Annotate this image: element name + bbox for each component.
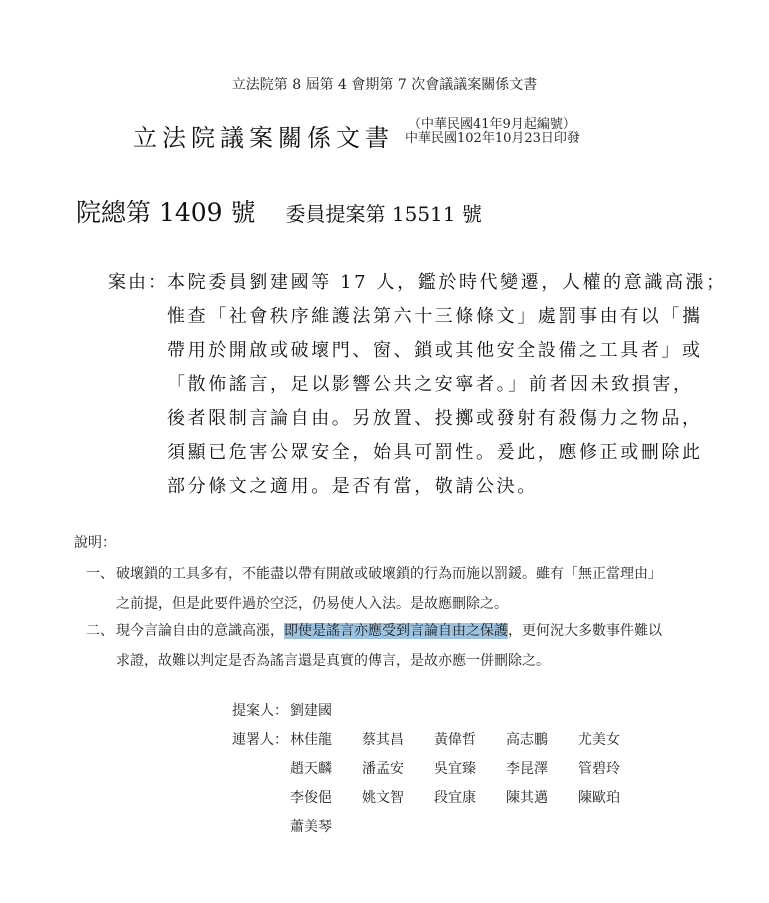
numbering-note: （中華民國41年9月起編號） [405,118,580,132]
document-numbers: 院總第 1409 號委員提案第 15511 號 [76,193,482,229]
item-marker: 二、 [86,616,116,646]
proposer-label: 提案人： [232,697,290,726]
general-number: 院總第 1409 號 [76,198,256,227]
cosigner-name: 高志鵬 [506,726,578,755]
proposer-name: 劉建國 [290,697,362,726]
explanation-item-2: 二、現今言論自由的意識高漲，即使是謠言亦應受到言論自由之保護，更何況大多數事件難… [86,616,662,676]
cosigner-name: 林佳龍 [290,726,362,755]
reason-line: 須顯已危害公眾安全，始具可罰性。爰此，應修正或刪除此 [167,436,727,470]
cosigner-name: 潘孟安 [362,755,434,784]
item-text: 破壞鎖的工具多有，不能盡以帶有開啟或破壞鎖的行為而施以罰鍰。雖有「無正當理由」 [116,566,662,582]
session-line: 立法院第 8 屆第 4 會期第 7 次會議議案關係文書 [0,74,769,94]
reason-line: 本院委員劉建國等 17 人，鑑於時代變遷，人權的意識高漲； [167,266,727,300]
reason-line: 帶用於開啟或破壞門、窗、鎖或其他安全設備之工具者」或 [167,334,727,368]
cosigner-name: 尤美女 [578,726,650,755]
reason-line: 後者限制言論自由。另放置、投擲或發射有殺傷力之物品， [167,402,727,436]
cosigner-row: 蕭美琴 [232,813,650,842]
item-text-continued: 之前提，但是此要件過於空泛，仍易使人入法。是故應刪除之。 [86,589,662,619]
proposer-row: 提案人： 劉建國 [232,697,650,726]
reason-line: 惟查「社會秩序維護法第六十三條條文」處罰事由有以「攜 [167,300,727,334]
title-note: （中華民國41年9月起編號） 中華民國102年10月23日印發 [405,118,580,146]
cosigner-name: 蕭美琴 [290,813,362,842]
cosigner-name: 李俊俋 [290,784,362,813]
item-text: ，更何況大多數事件難以 [508,623,662,639]
cosigner-row: 趙天麟 潘孟安 吳宜臻 李昆澤 管碧玲 [232,755,650,784]
print-date: 中華民國102年10月23日印發 [405,132,580,146]
cosigner-row: 連署人： 林佳龍 蔡其昌 黃偉哲 高志鵬 尤美女 [232,726,650,755]
cosigner-name: 管碧玲 [578,755,650,784]
document-title: 立法院議案關係文書 [133,118,394,153]
item-text-continued: 求證，故難以判定是否為謠言還是真實的傳言，是故亦應一併刪除之。 [86,646,662,676]
reason-text: 本院委員劉建國等 17 人，鑑於時代變遷，人權的意識高漲； 惟查「社會秩序維護法… [167,266,727,504]
cosigner-name: 吳宜臻 [434,755,506,784]
cosigner-name: 姚文智 [362,784,434,813]
reason-label: 案由： [108,266,168,300]
item-marker: 一、 [86,559,116,589]
cosigner-name: 陳其邁 [506,784,578,813]
cosigner-row: 李俊俋 姚文智 段宜康 陳其邁 陳歐珀 [232,784,650,813]
cosigner-name: 李昆澤 [506,755,578,784]
explanation-item-1: 一、破壞鎖的工具多有，不能盡以帶有開啟或破壞鎖的行為而施以罰鍰。雖有「無正當理由… [86,559,662,619]
reason-line: 部分條文之適用。是否有當，敬請公決。 [167,470,727,504]
proposal-number: 委員提案第 15511 號 [286,202,482,226]
highlighted-selection[interactable]: 即使是謠言亦應受到言論自由之保護 [284,623,508,639]
cosigner-name: 趙天麟 [290,755,362,784]
cosigner-name: 陳歐珀 [578,784,650,813]
cosigner-name: 黃偉哲 [434,726,506,755]
reason-line: 「散佈謠言，足以影響公共之安寧者。」前者因未致損害， [167,368,727,402]
item-text: 現今言論自由的意識高漲， [116,623,284,639]
cosigner-name: 段宜康 [434,784,506,813]
cosigner-label: 連署人： [232,726,290,755]
explanation-label: 說明： [74,532,116,552]
cosigner-name: 蔡其昌 [362,726,434,755]
signers-section: 提案人： 劉建國 連署人： 林佳龍 蔡其昌 黃偉哲 高志鵬 尤美女 趙天麟 潘孟… [232,697,650,842]
